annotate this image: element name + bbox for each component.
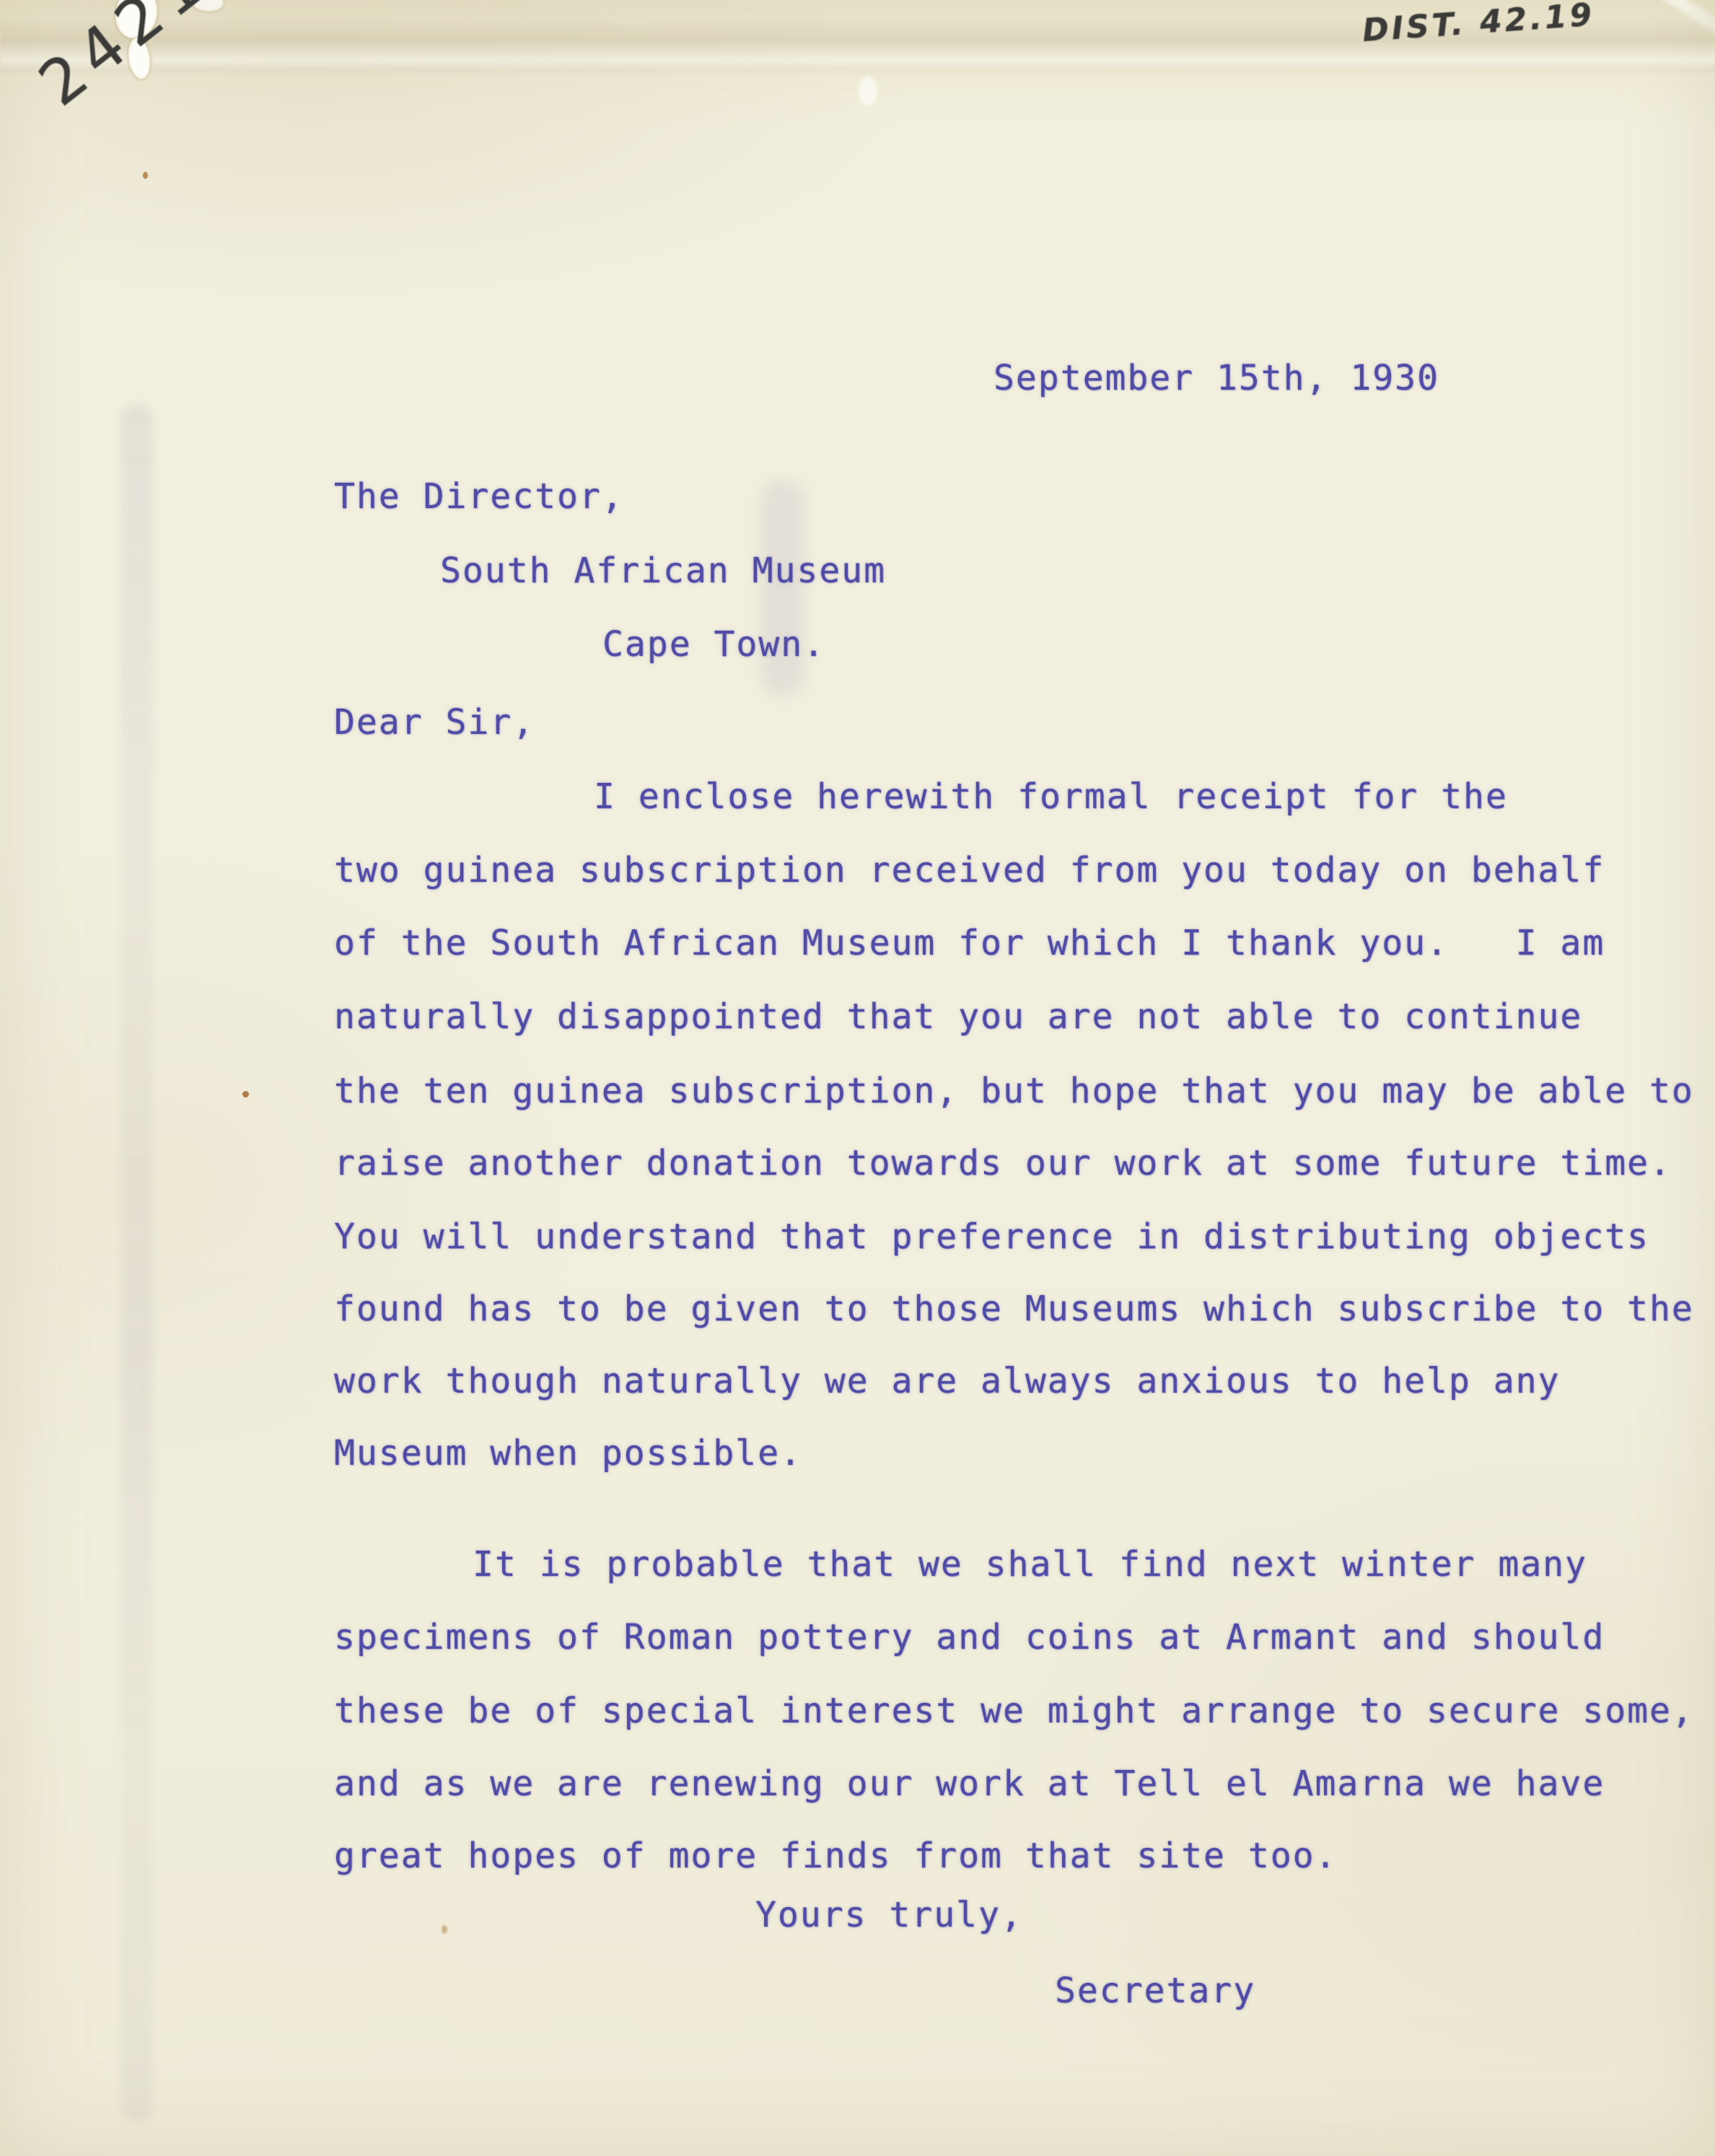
- body-line: It is probable that we shall find next w…: [473, 1546, 1587, 1583]
- recipient-line: South African Museum: [440, 552, 886, 590]
- letter-page: DIST. 42.19 2421 September 15th, 1930 Th…: [0, 0, 1715, 2156]
- body-line: work though naturally we are always anxi…: [334, 1362, 1560, 1400]
- body-line: naturally disappointed that you are not …: [334, 998, 1582, 1035]
- salutation-line: Dear Sir,: [334, 704, 535, 741]
- body-line: great hopes of more finds from that site…: [334, 1837, 1337, 1875]
- body-line: specimens of Roman pottery and coins at …: [334, 1618, 1605, 1656]
- body-line: You will understand that preference in d…: [334, 1218, 1649, 1256]
- date-line: September 15th, 1930: [994, 359, 1439, 397]
- body-line: Museum when possible.: [334, 1434, 802, 1472]
- signature-line: Secretary: [1055, 1972, 1255, 2010]
- body-line: of the South African Museum for which I …: [334, 924, 1605, 962]
- paper-speck: [859, 76, 877, 105]
- recipient-line: Cape Town.: [602, 626, 825, 663]
- body-line: these be of special interest we might ar…: [334, 1692, 1694, 1730]
- recipient-line: The Director,: [334, 478, 624, 515]
- ink-smudge: [121, 404, 153, 2121]
- closing-line: Yours truly,: [755, 1896, 1023, 1934]
- body-line: I enclose herewith formal receipt for th…: [594, 778, 1508, 815]
- body-line: and as we are renewing our work at Tell …: [334, 1765, 1605, 1802]
- paper-speck: [242, 1091, 249, 1097]
- paper-speck: [143, 172, 148, 179]
- body-line: raise another donation towards our work …: [334, 1144, 1672, 1182]
- body-line: found has to be given to those Museums w…: [334, 1290, 1694, 1328]
- body-line: two guinea subscription received from yo…: [334, 851, 1605, 889]
- body-line: the ten guinea subscription, but hope th…: [334, 1072, 1694, 1110]
- paper-speck: [442, 1925, 447, 1934]
